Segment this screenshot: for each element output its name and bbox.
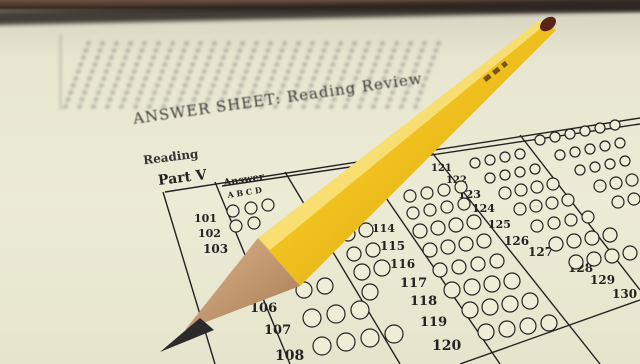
svg-text:114: 114 xyxy=(372,222,395,235)
svg-text:126: 126 xyxy=(504,234,529,248)
svg-text:119: 119 xyxy=(420,315,447,330)
svg-text:124: 124 xyxy=(472,202,495,215)
svg-text:115: 115 xyxy=(380,239,405,253)
svg-text:107: 107 xyxy=(264,323,291,338)
svg-text:117: 117 xyxy=(400,276,427,291)
svg-text:121: 121 xyxy=(431,163,452,174)
answer-grid: Answer A B C D 101 102 103 106 107 108 1… xyxy=(0,0,640,364)
svg-text:101: 101 xyxy=(194,212,217,225)
svg-text:118: 118 xyxy=(410,294,437,309)
svg-text:130: 130 xyxy=(612,287,637,301)
svg-text:129: 129 xyxy=(590,273,615,287)
photo-scene: ANSWER SHEET: Reading Review Reading Par… xyxy=(0,0,640,364)
svg-text:125: 125 xyxy=(488,218,511,231)
svg-text:108: 108 xyxy=(275,348,304,364)
svg-text:106: 106 xyxy=(250,301,277,316)
svg-text:103: 103 xyxy=(203,242,228,256)
svg-text:116: 116 xyxy=(390,257,415,271)
answer-sheet: ANSWER SHEET: Reading Review Reading Par… xyxy=(0,0,640,364)
svg-text:102: 102 xyxy=(198,227,221,240)
svg-text:120: 120 xyxy=(432,338,461,354)
